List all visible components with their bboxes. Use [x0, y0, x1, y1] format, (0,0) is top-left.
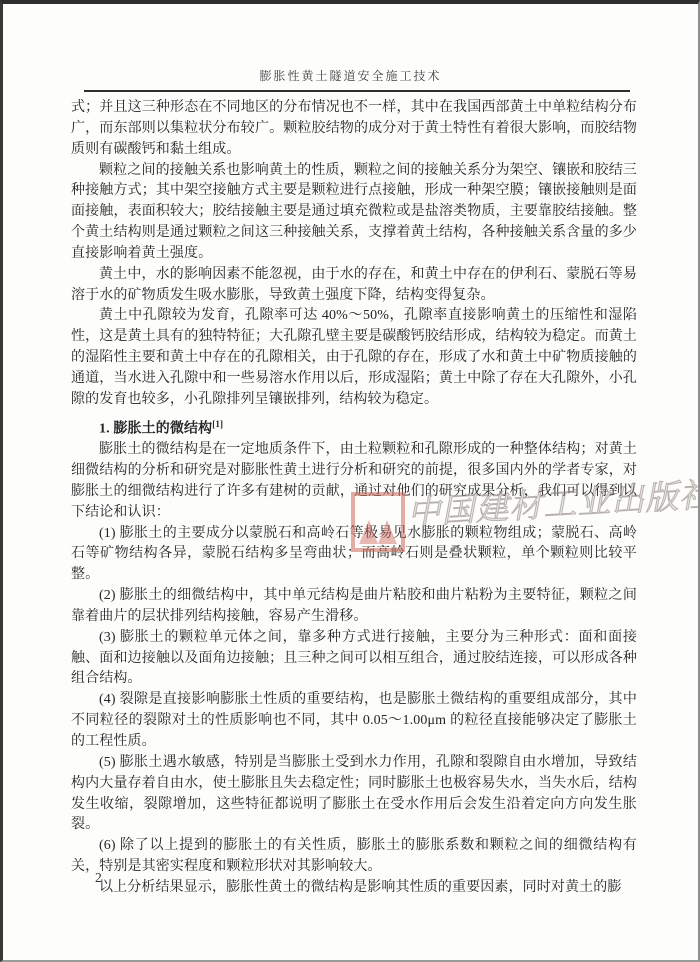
- section-heading-reference: [1]: [212, 419, 223, 429]
- list-item-4: (4) 裂隙是直接影响膨胀土性质的重要结构，也是膨胀土微结构的重要组成部分，其中…: [71, 690, 637, 753]
- section-heading: 1. 膨胀土的微结构[1]: [71, 414, 637, 441]
- page-number: 2: [95, 870, 102, 886]
- paragraph-last: 以上分析结果显示，膨胀性黄土的微结构是影响其性质的重要因素，同时对黄土的膨: [71, 878, 637, 899]
- paragraph: 颗粒之间的接触关系也影响黄土的性质，颗粒之间的接触关系分为架空、镶嵌和胶结三种接…: [71, 161, 637, 265]
- section-heading-label: 1. 膨胀土的微结构: [99, 421, 212, 436]
- list-item-6: (6) 除了以上提到的膨胀土的有关性质，膨胀土的膨胀系数和颗粒之间的细微结构有关…: [71, 836, 637, 878]
- document-page: 膨胀性黄土隧道安全施工技术 中国建材工业出版社 式；并且这三种形态在不同地区的分…: [0, 0, 700, 962]
- header-rule: [84, 90, 630, 92]
- running-header: 膨胀性黄土隧道安全施工技术: [3, 67, 698, 84]
- paragraph: 黄土中孔隙较为发育，孔隙率可达 40%～50%，孔隙率直接影响黄土的压缩性和湿陷…: [71, 306, 637, 410]
- body-text: 式；并且这三种形态在不同地区的分布情况也不一样，其中在我国西部黄土中单粒结构分布…: [71, 98, 637, 899]
- paragraph: 膨胀土的微结构是在一定地质条件下，由土粒颗粒和孔隙形成的一种整体结构；对黄土细微…: [71, 440, 637, 523]
- list-item-3: (3) 膨胀土的颗粒单元体之间，靠多种方式进行接触，主要分为三种形式：面和面接触…: [71, 628, 637, 691]
- list-item-5: (5) 膨胀土遇水敏感，特别是当膨胀土受到水力作用，孔隙和裂隙自由水增加，导致结…: [71, 753, 637, 836]
- list-item-1: (1) 膨胀土的主要成分以蒙脱石和高岭石等极易见水膨胀的颗粒物组成；蒙脱石、高岭…: [71, 524, 637, 587]
- paragraph-continuation: 式；并且这三种形态在不同地区的分布情况也不一样，其中在我国西部黄土中单粒结构分布…: [71, 98, 637, 161]
- paragraph: 黄土中，水的影响因素不能忽视，由于水的存在，和黄土中存在的伊利石、蒙脱石等易溶于…: [71, 265, 637, 307]
- header-title: 膨胀性黄土隧道安全施工技术: [259, 69, 441, 83]
- list-item-2: (2) 膨胀土的细微结构中，其中单元结构是曲片粘胶和曲片粘粉为主要特征，颗粒之间…: [71, 586, 637, 628]
